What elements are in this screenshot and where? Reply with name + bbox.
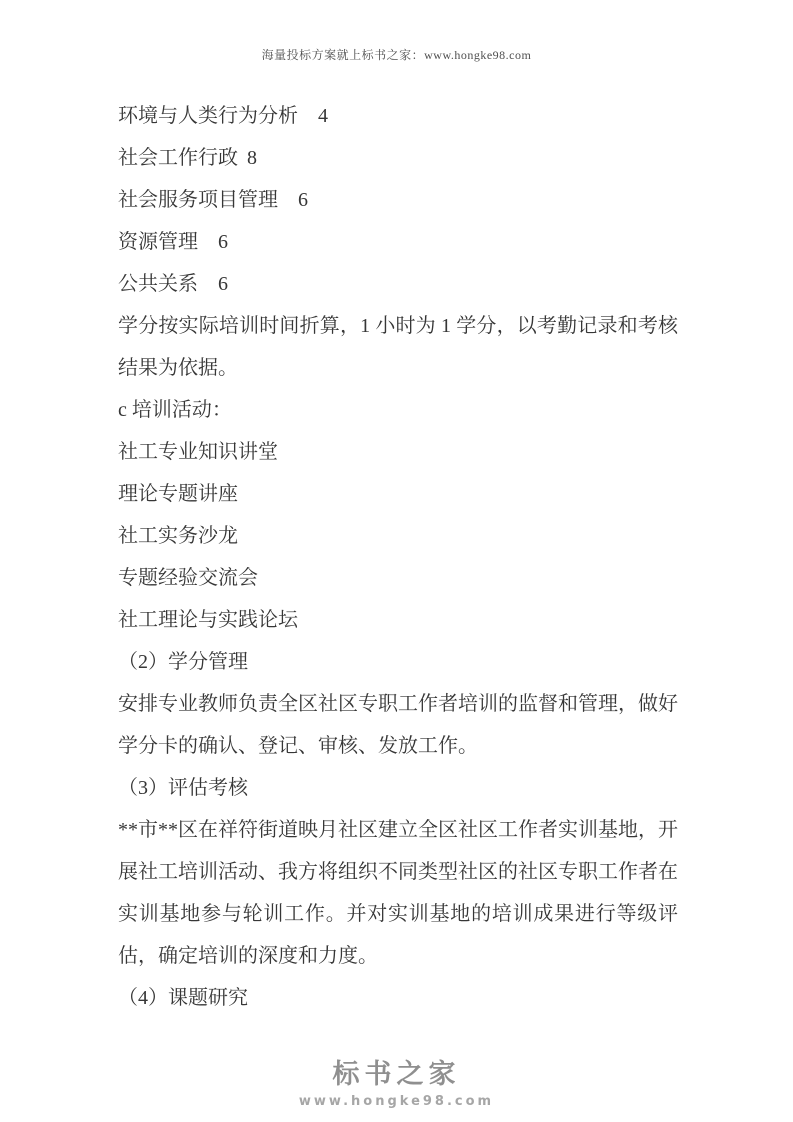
activity-item: 社工理论与实践论坛 (118, 599, 678, 641)
activity-item: 社工专业知识讲堂 (118, 431, 678, 473)
course-row: 环境与人类行为分析4 (118, 95, 678, 137)
course-credits: 6 (298, 189, 308, 211)
document-content: 环境与人类行为分析4 社会工作行政8 社会服务项目管理6 资源管理6 公共关系6… (118, 95, 678, 1019)
course-row: 社会服务项目管理6 (118, 179, 678, 221)
section-2-heading: （2）学分管理 (118, 641, 678, 683)
course-row: 社会工作行政8 (118, 137, 678, 179)
activities-heading: c 培训活动： (118, 389, 678, 431)
activity-item: 专题经验交流会 (118, 557, 678, 599)
site-footer: 标书之家 www.hongke98.com (0, 1058, 793, 1110)
footer-logo: 标书之家 (0, 1058, 793, 1092)
course-name: 环境与人类行为分析 (118, 105, 298, 127)
course-credits: 8 (247, 147, 257, 169)
course-credits: 4 (318, 105, 328, 127)
course-credits: 6 (218, 231, 228, 253)
section-4-heading: （4）课题研究 (118, 977, 678, 1019)
course-name: 社会工作行政 (118, 147, 238, 169)
section-3-paragraph: **市**区在祥符街道映月社区建立全区社区工作者实训基地，开展社工培训活动、我方… (118, 809, 678, 977)
activity-item: 社工实务沙龙 (118, 515, 678, 557)
promo-header: 海量投标方案就上标书之家：www.hongke98.com (0, 46, 793, 63)
course-credits: 6 (218, 273, 228, 295)
course-name: 社会服务项目管理 (118, 189, 278, 211)
credit-rule-paragraph: 学分按实际培训时间折算，1 小时为 1 学分，以考勤记录和考核结果为依据。 (118, 305, 678, 389)
course-row: 公共关系6 (118, 263, 678, 305)
course-name: 公共关系 (118, 273, 198, 295)
section-3-heading: （3）评估考核 (118, 767, 678, 809)
activity-item: 理论专题讲座 (118, 473, 678, 515)
course-name: 资源管理 (118, 231, 198, 253)
footer-url: www.hongke98.com (0, 1094, 793, 1110)
section-2-paragraph: 安排专业教师负责全区社区专职工作者培训的监督和管理，做好学分卡的确认、登记、审核… (118, 683, 678, 767)
course-row: 资源管理6 (118, 221, 678, 263)
